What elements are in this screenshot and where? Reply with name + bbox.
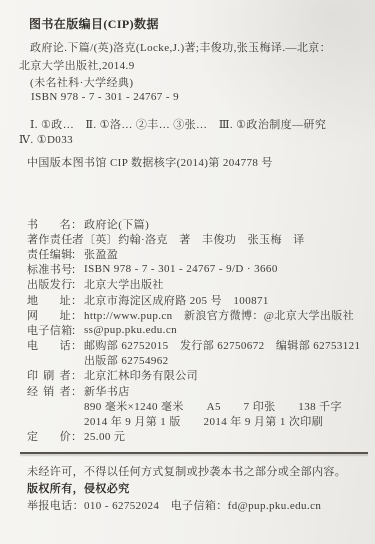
colophon-row-colon: ： (71, 292, 82, 308)
colophon-row-label: 网址 (27, 307, 71, 323)
divider-rule (20, 452, 368, 454)
colophon-row: 890 毫米×1240 毫米 A5 7 印张 138 千字 (27, 398, 369, 413)
colophon-row-colon: ： (71, 216, 82, 232)
colophon-row-value: 新华书店 (82, 383, 130, 399)
reproduction-notice: 未经许可，不得以任何方式复制或抄袭本书之部分或全部内容。 (27, 463, 346, 479)
colophon-row-label: 书名 (27, 216, 71, 232)
colophon-row-label: 著作责任者 (27, 231, 71, 247)
colophon-row: 出版部 62754962 (27, 353, 369, 368)
colophon-row: 电话 ： 邮购部 62752015 发行部 62750672 编辑部 62753… (27, 338, 369, 353)
colophon-row-label: 印刷者 (27, 367, 71, 383)
copyright-statement: 版权所有，侵权必究 (27, 480, 130, 496)
colophon-row-colon: ： (71, 428, 82, 444)
colophon-row-value: 北京汇林印务有限公司 (82, 367, 198, 383)
cip-bibliographic-line-2: 北京大学出版社,2014.9 (19, 57, 135, 73)
colophon-row-value: 25.00 元 (82, 428, 125, 444)
colophon-row: 定价 ： 25.00 元 (27, 429, 369, 444)
cip-isbn: ISBN 978 - 7 - 301 - 24767 - 9 (31, 91, 179, 103)
cip-classification-line-2: Ⅳ. ①D033 (19, 133, 73, 146)
colophon-row: 经销者 ： 新华书店 (27, 383, 369, 398)
colophon-row-label: 经销者 (27, 383, 71, 399)
colophon-row: 地址 ： 北京市海淀区成府路 205 号 100871 (27, 292, 369, 307)
colophon-row: 书名 ： 政府论(下篇) (27, 216, 369, 231)
colophon-row-colon: ： (71, 337, 82, 353)
colophon-row-label: 出版发行 (27, 276, 71, 292)
colophon-row: 出版发行 ： 北京大学出版社 (27, 277, 369, 292)
colophon-row-colon: ： (71, 276, 82, 292)
colophon-row-value: ISBN 978 - 7 - 301 - 24767 - 9/D · 3660 (82, 263, 278, 275)
colophon-table: 书名 ： 政府论(下篇) 著作责任者 ： 〔英〕约翰·洛克 著 丰俊功 张玉梅 … (27, 216, 369, 444)
cip-heading: 图书在版编目(CIP)数据 (29, 15, 159, 32)
cip-record-number: 中国版本图书馆 CIP 数据核字(2014)第 204778 号 (27, 154, 273, 170)
colophon-row-value: 890 毫米×1240 毫米 A5 7 印张 138 千字 (82, 398, 342, 414)
colophon-row-label: 责任编辑 (27, 246, 71, 262)
cip-bibliographic-line-1: 政府论.下篇/(英)洛克(Locke,J.)著;丰俊功,张玉梅译.—北京： (30, 39, 331, 55)
colophon-row: 网址 ： http://www.pup.cn 新浪官方微博：@北京大学出版社 (27, 307, 369, 322)
colophon-row: 标准书号 ： ISBN 978 - 7 - 301 - 24767 - 9/D … (27, 262, 369, 277)
colophon-row: 印刷者 ： 北京汇林印务有限公司 (27, 368, 369, 383)
colophon-row-colon: ： (71, 231, 82, 247)
colophon-row-label: 电子信箱 (27, 322, 71, 338)
colophon-row-label: 定价 (27, 428, 71, 444)
cip-classification-line-1: Ⅰ. ①政… Ⅱ. ①洛… ②丰… ③张… Ⅲ. ①政治制度—研究 (30, 116, 326, 132)
colophon-row-colon: ： (71, 383, 82, 399)
copyright-page: 图书在版编目(CIP)数据 政府论.下篇/(英)洛克(Locke,J.)著;丰俊… (0, 0, 375, 544)
colophon-row: 责任编辑 ： 张盈盈 (27, 246, 369, 261)
colophon-row-colon: ： (71, 261, 82, 277)
colophon-row-label: 电话 (27, 337, 71, 353)
colophon-row-value: ss@pup.pku.edu.cn (82, 324, 177, 336)
colophon-row-label: 标准书号 (27, 261, 71, 277)
colophon-row-value: 出版部 62754962 (82, 352, 169, 368)
colophon-row-value: 北京大学出版社 (82, 276, 164, 292)
colophon-row-colon: ： (71, 307, 82, 323)
colophon-row-colon: ： (71, 322, 82, 338)
report-contact-line: 举报电话：010 - 62752024 电子信箱：fd@pup.pku.edu.… (27, 497, 321, 513)
colophon-row-value: 政府论(下篇) (82, 216, 149, 232)
colophon-row: 2014 年 9 月第 1 版 2014 年 9 月第 1 次印刷 (27, 413, 369, 428)
cip-series-note: (未名社科·大学经典) (30, 74, 133, 90)
colophon-row-value: 邮购部 62752015 发行部 62750672 编辑部 62753121 (82, 337, 360, 353)
colophon-row-value: 张盈盈 (82, 246, 118, 262)
colophon-row-value: http://www.pup.cn 新浪官方微博：@北京大学出版社 (82, 307, 354, 323)
colophon-row: 电子信箱 ： ss@pup.pku.edu.cn (27, 322, 369, 337)
colophon-row-value: 2014 年 9 月第 1 版 2014 年 9 月第 1 次印刷 (82, 413, 323, 429)
colophon-row-label: 地址 (27, 292, 71, 308)
colophon-row: 著作责任者 ： 〔英〕约翰·洛克 著 丰俊功 张玉梅 译 (27, 231, 369, 246)
colophon-row-colon: ： (71, 246, 82, 262)
colophon-row-value: 〔英〕约翰·洛克 著 丰俊功 张玉梅 译 (82, 231, 305, 247)
colophon-row-colon: ： (71, 367, 82, 383)
colophon-row-value: 北京市海淀区成府路 205 号 100871 (82, 292, 269, 308)
